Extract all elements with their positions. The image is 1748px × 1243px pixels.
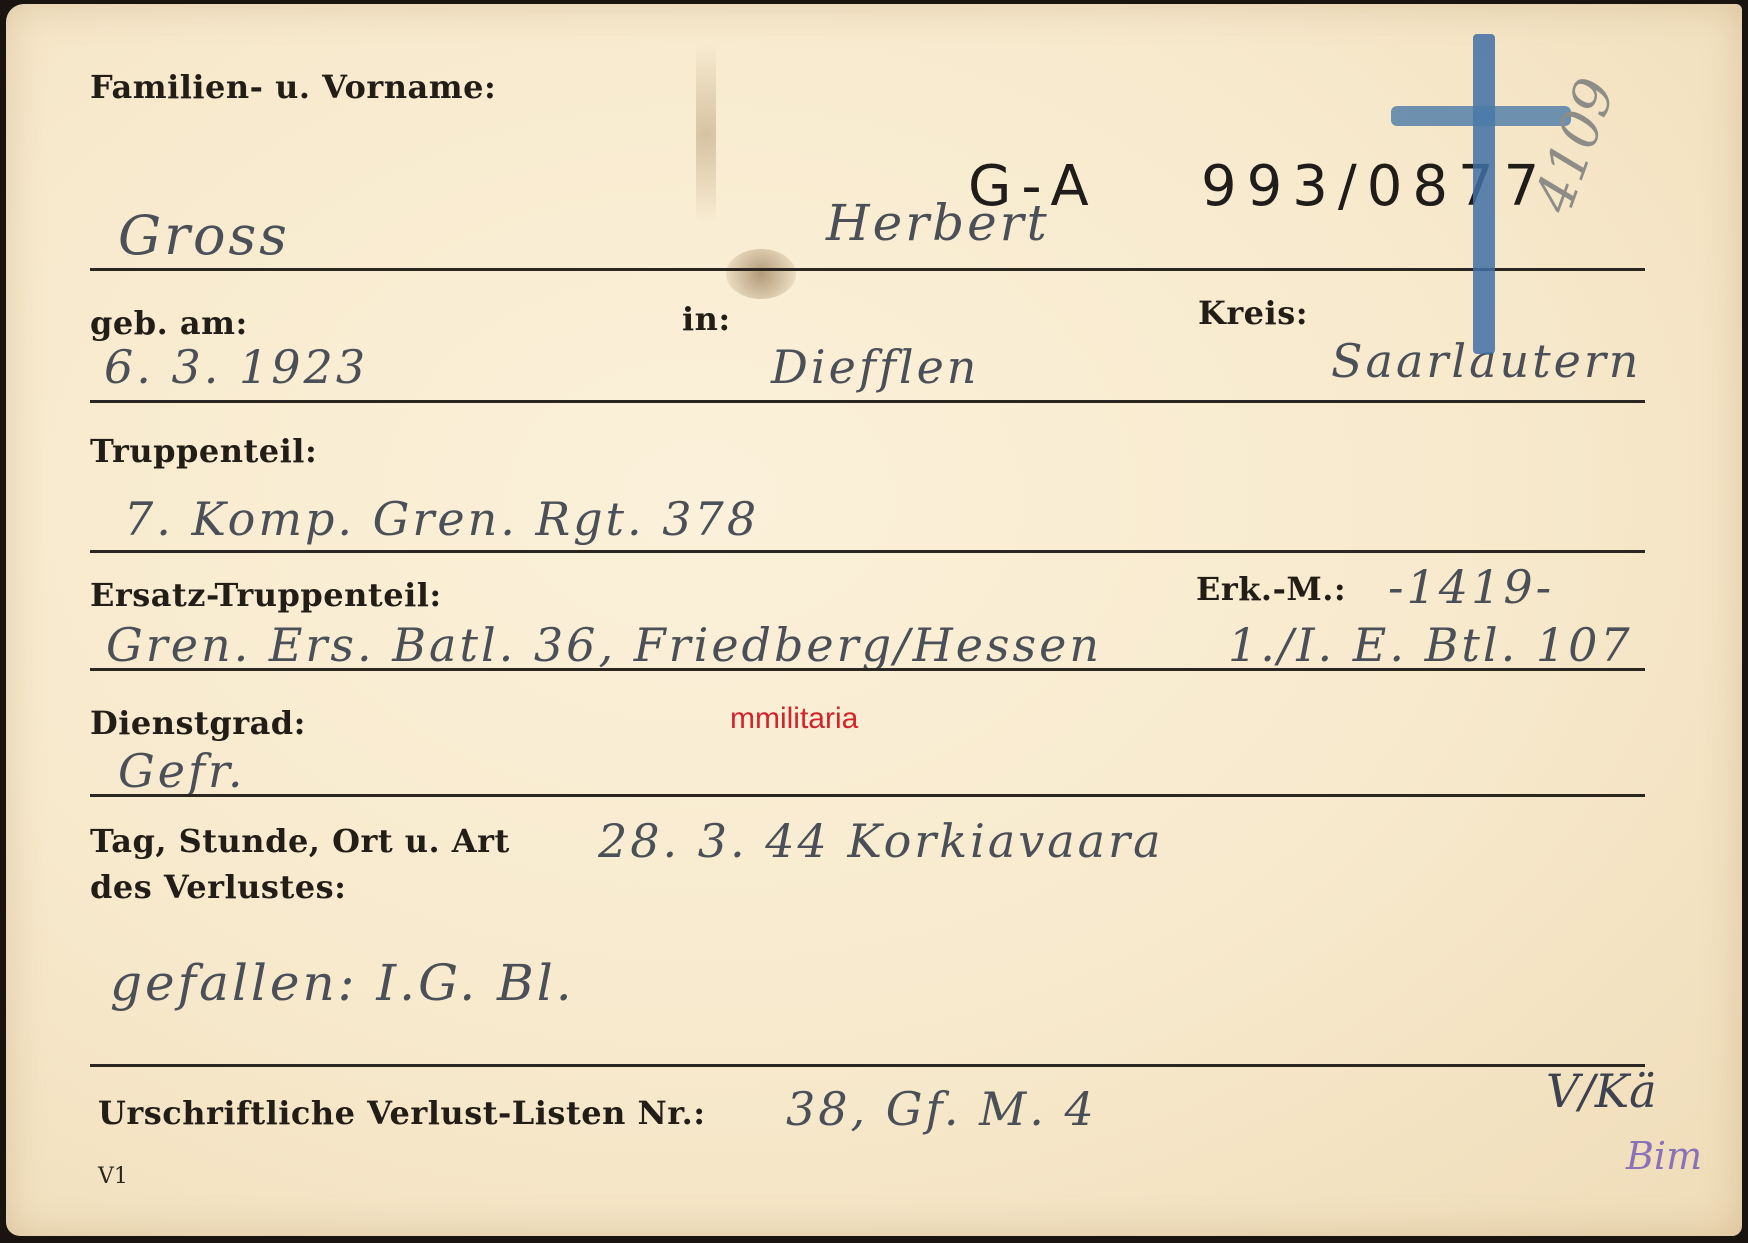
birth-place-value: Diefflen [771,340,979,394]
signature-prefix: V/ [1546,1064,1595,1118]
label-rank: Dienstgrad: [90,704,306,742]
unit-value: 7. Komp. Gren. Rgt. 378 [124,492,759,546]
label-replacement-unit: Ersatz-Truppenteil: [90,576,442,614]
label-district: Kreis: [1198,294,1308,332]
cross-mark-icon [1473,34,1495,354]
pencil-note: 4109 [1522,70,1628,221]
rule [90,668,1645,671]
surname-value: Gross [118,204,290,267]
signature-initials: V/Kä [1546,1064,1657,1118]
rank-value: Gefr. [118,744,246,798]
rule [90,794,1645,797]
label-name: Familien- u. Vorname: [90,68,496,106]
stain [726,249,796,299]
rule [90,1064,1645,1067]
rule [90,400,1645,403]
cross-mark-bar [1391,106,1571,126]
stain [696,44,716,224]
watermark: mmilitaria [730,702,858,736]
given-name-value: Herbert [826,194,1050,252]
signature-violet: Bim [1626,1134,1702,1178]
label-id-tag: Erk.-M.: [1196,570,1346,608]
label-birth-place: in: [682,300,731,338]
index-card: Familien- u. Vorname: G-A 993/0877 Gross… [6,4,1742,1236]
label-loss-line2: des Verlustes: [90,868,346,906]
loss-value: 28. 3. 44 Korkiavaara [598,814,1164,868]
id-tag-value: -1419- [1388,560,1554,614]
label-unit: Truppenteil: [90,432,317,470]
rule [90,550,1645,553]
id-tag-unit-value: 1./I. E. Btl. 107 [1228,618,1633,672]
label-loss-list: Urschriftliche Verlust-Listen Nr.: [98,1094,706,1132]
label-loss-line1: Tag, Stunde, Ort u. Art [90,822,510,860]
loss-type-value: gefallen: I.G. Bl. [110,954,575,1012]
rule [90,268,1645,271]
birth-date-value: 6. 3. 1923 [104,340,368,394]
replacement-unit-value: Gren. Ers. Batl. 36, Friedberg/Hessen [106,618,1102,672]
form-code: V1 [98,1164,128,1189]
stamp-number: 993/0877 [1201,154,1549,219]
loss-list-value: 38, Gf. M. 4 [786,1082,1097,1136]
signature-name: Kä [1595,1064,1657,1118]
label-birth-date: geb. am: [90,304,248,342]
